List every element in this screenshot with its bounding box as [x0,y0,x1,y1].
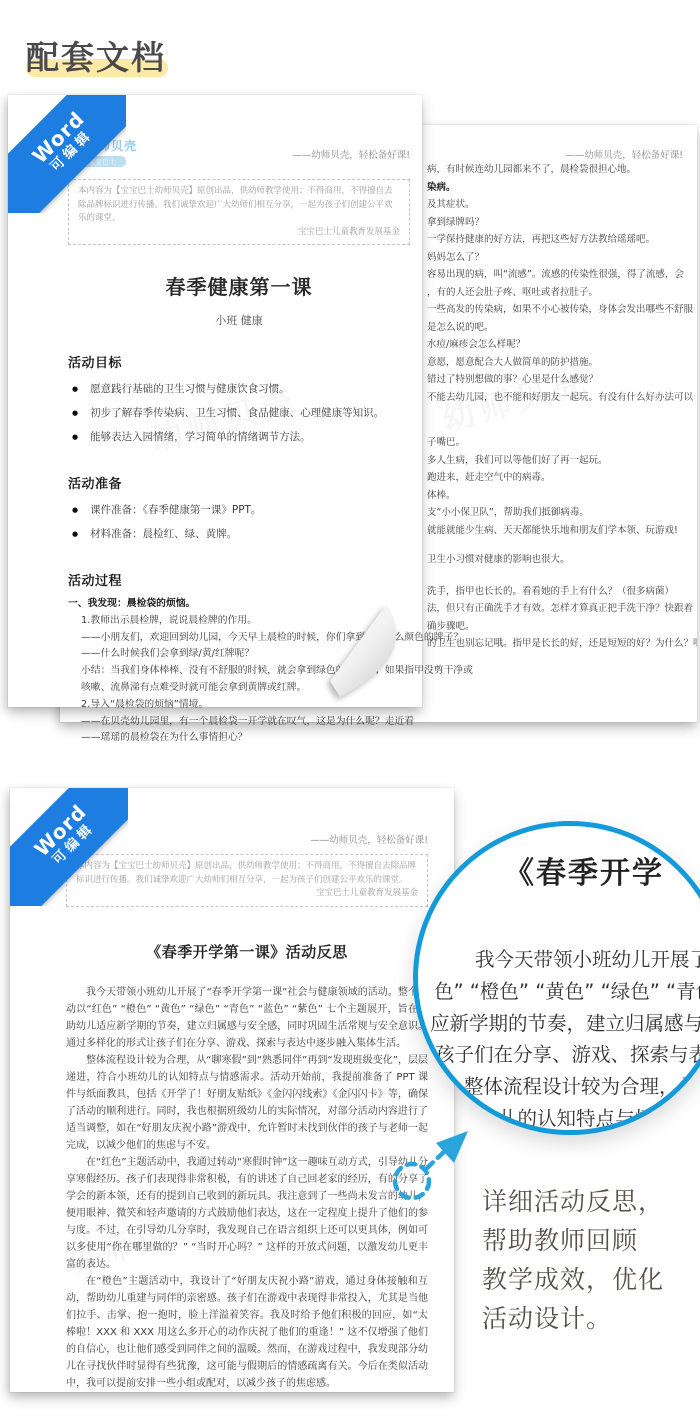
curved-arrow-icon [380,1115,490,1215]
doc1-page1: Word 可编辑 幼师贝壳 宝宝巴士 ——幼师贝壳，轻松备好课! 本内容为【宝宝… [8,95,422,707]
copyright-signature: 宝宝巴士儿童教育发展基金 [78,226,400,240]
section-heading-text: 配套文档 [26,32,166,79]
doc-text-line: ——在贝壳幼儿园里，有一个晨检袋一开学就在叹气，这是为什么呢？走近看 [68,714,410,731]
objectives-heading: 活动目标 [68,352,410,371]
promo-canvas: 配套文档 ——幼师贝壳，轻松备好课! 病，有时候连幼儿园都来不了，晨检袋很担心地… [0,0,700,1426]
brand-tagline: ——幼师贝壳，轻松备好课! [310,832,428,846]
doc-text-line: 染病。 [427,179,697,197]
doc-text-line: 跑进来，赶走空气中的病毒。 [427,469,697,487]
doc-text-line: 的卫生也别忘记哦。指甲是长长的好，还是短短的好？为什么？听听 [427,635,697,653]
doc-text-line: 及其症状。 [427,196,697,214]
caption-line: 教学成效，优化 [482,1260,664,1299]
preparation-list: 课件准备：《春季健康第一课》PPT。材料准备：晨检红、绿、黄牌。 [68,498,410,546]
doc2-page: Word 可编辑 ——幼师贝壳，轻松备好课! 本内容为【宝宝巴士幼师贝壳】原创出… [10,788,454,1392]
doc-text-line: 拿到绿牌吗？ [427,214,697,232]
doc1-subtitle: 小班 健康 [68,312,410,328]
bullet-item: 材料准备：晨检红、绿、黄牌。 [68,522,410,546]
doc2-title: 《春季开学第一课》活动反思 [66,941,428,962]
ribbon-band: Word 可编辑 [8,95,126,213]
doc-text-line: 意愿，愿意配合大人做简单的防护措施。 [427,354,697,372]
bullet-item: 愿意践行基础的卫生习惯与健康饮食习惯。 [68,377,410,401]
ribbon-band: Word 可编辑 [10,788,128,906]
bullet-item: 初步了解春季传染病、卫生习惯、食品健康、心理健康等知识。 [68,401,410,425]
doc-text-line: 病，有时候连幼儿园都来不了，晨检袋很担心地。 [427,161,697,179]
word-editable-ribbon: Word 可编辑 [10,788,128,906]
bullet-item: 课件准备：《春季健康第一课》PPT。 [68,498,410,522]
doc-text-line: 就能就能少生病、天天都能快乐地和朋友们学本领、玩游戏! [427,522,697,540]
preparation-heading: 活动准备 [68,473,410,492]
doc-text-line: 支“小小保卫队”，帮助我们抵御病毒。 [427,504,697,522]
magnified-text: 我今天带领小班幼儿开展了“春季开学色” “橙色” “黄色” “绿色” “青色” … [418,826,700,1130]
process-heading: 活动过程 [68,570,410,589]
copyright-notice-text: 本内容为【宝宝巴士幼师贝壳】原创出品，供幼师教学使用；不得商用，不得擅自去除品牌… [78,185,400,226]
doc-text-line: ，有的人还会肚子疼、呕吐或者拉肚子。 [427,284,697,302]
objectives-list: 愿意践行基础的卫生习惯与健康饮食习惯。初步了解春季传染病、卫生习惯、食品健康、心… [68,377,410,449]
doc-text-line: 错过了特别想做的事？心里是什么感觉？ [427,371,697,389]
doc2-paragraph: 我今天带领小班幼儿开展了“春季开学第一课”社会与健康领域的活动。整个活动以“红色… [66,984,428,1052]
doc-text-line: 法，但只有正确洗手才有效。怎样才算真正把手洗干净？快跟着 [427,600,697,618]
doc-text-line: 卫生小习惯对健康的影响也很大。 [427,551,697,569]
doc2-paragraph: 在“橙色”主题活动中，我设计了“好朋友庆祝小路”游戏，通过身体接触和互动，帮助幼… [66,1273,428,1392]
doc2-paragraph: 在“红色”主题活动中，我通过转动“寒假时钟”这一趣味互动方式，引导幼儿分享寒假经… [66,1154,428,1273]
doc-text-line: 子嘴巴。 [427,434,697,452]
doc-text-line: 一学保持健康的好方法，再把这些好方法教给瑶瑶吧。 [427,231,697,249]
magnified-text-line: 我今天带领小班幼儿开展了“春季开学 [475,944,700,972]
benefit-caption: 详细活动反思，帮助教师回顾教学成效，优化活动设计。 [482,1182,664,1338]
magnified-text-line: 应新学期的节奏，建立归属感与安全感，同时 [430,1008,700,1036]
doc-text-line: ——瑶瑶的晨检袋在为什么事情担心？ [68,730,410,747]
brand-tagline: ——幼师贝壳，轻松备好课! [292,147,410,161]
caption-line: 帮助教师回顾 [482,1221,664,1260]
doc-text-line: 妈妈怎么了？ [427,249,697,267]
magnifier-circle: 《春季开学 我今天带领小班幼儿开展了“春季开学色” “橙色” “黄色” “绿色”… [413,821,700,1135]
doc-text-line: 洗手，指甲也长长的。看看她的手上有什么？（很多病菌） [427,583,697,601]
doc-text-line: 不能去幼儿园，也不能和好朋友一起玩。有没有什么好办法可以 [427,389,697,407]
doc-text-line: 体棒。 [427,487,697,505]
caption-line: 详细活动反思， [482,1182,664,1221]
doc1-title: 春季健康第一课 [68,271,410,300]
doc-text-line: 多人生病，我们可以等他们好了再一起玩。 [427,452,697,470]
doc-text-line: 一些高发的传染病，如果不小心被传染，身体会发出哪些不舒服 [427,301,697,319]
bullet-item: 能够表达入园情绪，学习简单的情绪调节方法。 [68,425,410,449]
word-editable-ribbon: Word 可编辑 [8,95,126,213]
doc-text-line: 水痘/麻疹会怎么样呢？ [427,336,697,354]
doc2-body: 我今天带领小班幼儿开展了“春季开学第一课”社会与健康领域的活动。整个活动以“红色… [66,984,428,1392]
doc-text-line: 容易出现的病，叫“流感”。流感的传染性很强，得了流感，会 [427,266,697,284]
caption-line: 活动设计。 [482,1299,664,1338]
brand-tagline: ——幼师贝壳，轻松备好课! [565,147,683,161]
magnified-text-line: 孩子们在分享、游戏、探索与表达中逐步融 [435,1039,700,1067]
doc-text-line: 是怎么说的吧。 [427,319,697,337]
magnified-text-line: 色” “橙色” “黄色” “绿色” “青色” “蓝 [434,976,700,1004]
doc-text-line: 确步骤吧。 [427,618,697,636]
magnified-text-line: 整体流程设计较为合理，从“聊寒 [464,1071,700,1099]
page-curl [330,605,422,707]
section-heading: 配套文档 [26,32,166,79]
doc1-page2-text: 病，有时候连幼儿园都来不了，晨检袋很担心地。染病。及其症状。拿到绿牌吗？一学保持… [427,161,697,653]
doc2-paragraph: 整体流程设计较为合理，从“聊寒假”到“熟悉同伴”再到“发现班级变化”，层层递进，… [66,1052,428,1154]
